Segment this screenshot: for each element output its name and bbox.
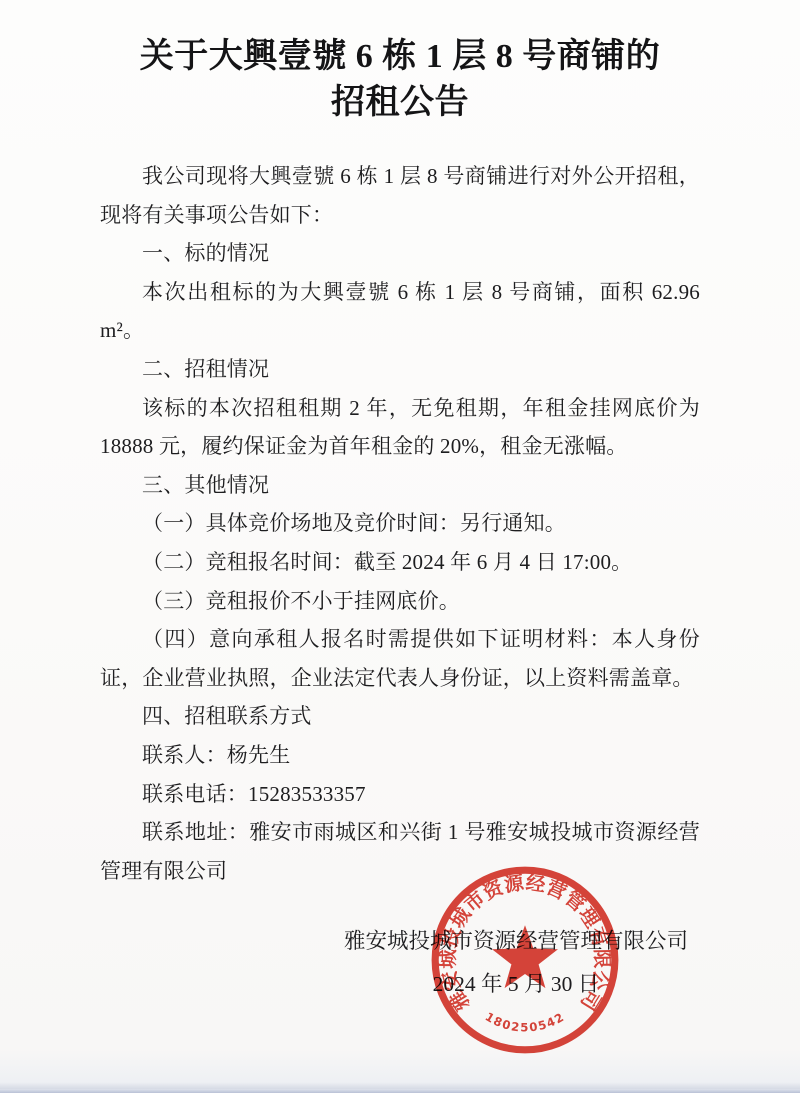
item-minimum-bid: （三）竞租报价不小于挂网底价。 — [100, 582, 700, 621]
heading-section-2: 二、招租情况 — [100, 350, 700, 389]
scan-bottom-edge — [0, 1089, 800, 1093]
seal-star-icon — [492, 925, 558, 988]
paragraph-lease-terms: 该标的本次招租租期 2 年，无免租期，年租金挂网底价为 18888 元，履约保证… — [100, 389, 700, 466]
contact-phone: 联系电话：15283533357 — [100, 775, 700, 814]
announcement-document: 关于大興壹號 6 栋 1 层 8 号商铺的 招租公告 我公司现将大興壹號 6 栋… — [0, 0, 800, 1093]
paragraph-subject: 本次出租标的为大興壹號 6 栋 1 层 8 号商铺，面积 62.96 m²。 — [100, 273, 700, 350]
heading-section-4: 四、招租联系方式 — [100, 697, 700, 736]
contact-person: 联系人：杨先生 — [100, 736, 700, 775]
item-required-materials: （四）意向承租人报名时需提供如下证明材料：本人身份证，企业营业执照，企业法定代表… — [100, 620, 700, 697]
heading-section-3: 三、其他情况 — [100, 466, 700, 505]
paragraph-intro: 我公司现将大興壹號 6 栋 1 层 8 号商铺进行对外公开招租，现将有关事项公告… — [100, 157, 700, 234]
document-title-line2: 招租公告 — [0, 80, 800, 126]
official-seal-stamp: 雅安城投城市资源经营管理有限公司 5118025054276 — [427, 862, 623, 1058]
document-body: 我公司现将大興壹號 6 栋 1 层 8 号商铺进行对外公开招租，现将有关事项公告… — [100, 157, 700, 890]
item-bidding-venue: （一）具体竞价场地及竞价时间：另行通知。 — [100, 504, 700, 543]
item-signup-deadline: （二）竞租报名时间：截至 2024 年 6 月 4 日 17:00。 — [100, 543, 700, 582]
document-title: 关于大興壹號 6 栋 1 层 8 号商铺的 招租公告 — [0, 0, 800, 126]
heading-section-1: 一、标的情况 — [100, 234, 700, 273]
document-title-line1: 关于大興壹號 6 栋 1 层 8 号商铺的 — [0, 34, 800, 80]
